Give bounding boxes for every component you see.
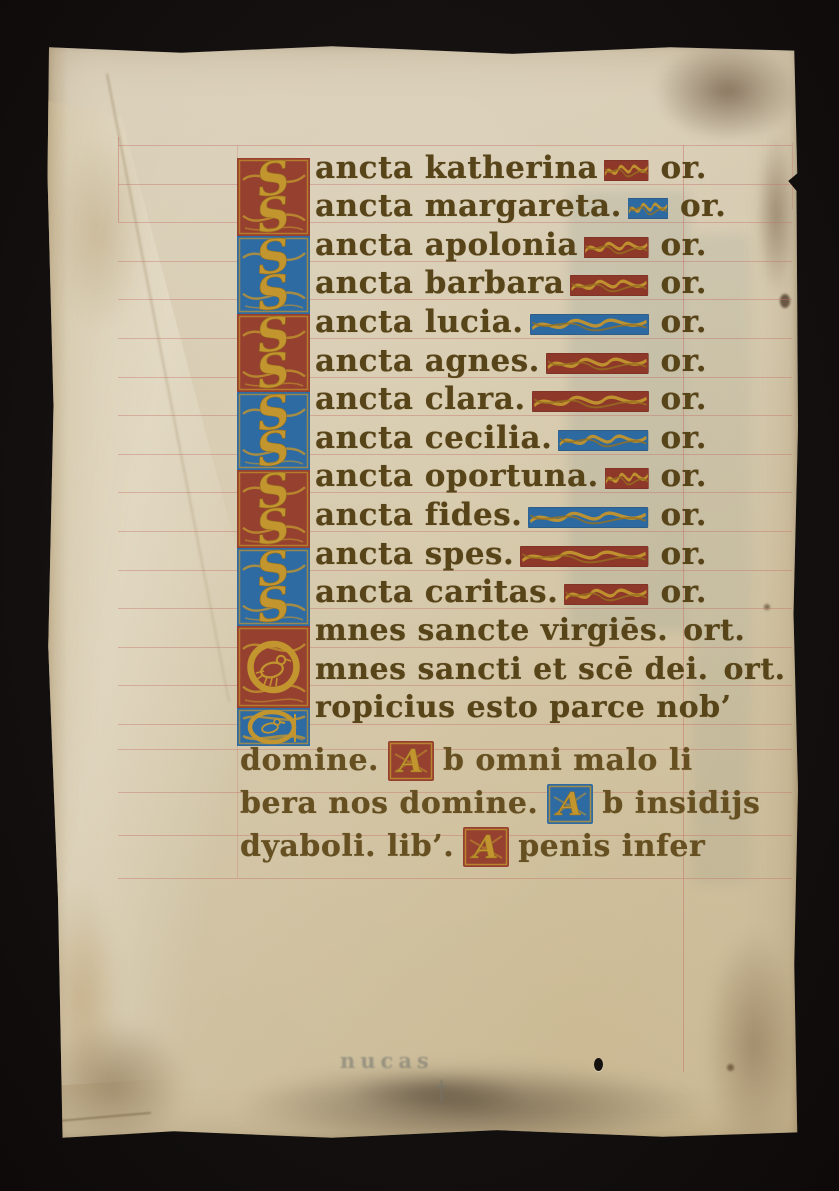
response-abbreviation: or.: [661, 307, 707, 338]
litany-line: mnes sancte virgiēs. ort.: [315, 613, 790, 649]
response-abbreviation: or.: [661, 577, 707, 608]
response-abbreviation: ort.: [672, 616, 745, 646]
response-abbreviation: or.: [661, 423, 707, 454]
line-filler-red: [605, 468, 649, 489]
line-filler-red: [532, 391, 649, 412]
litany-text: ancta lucia.: [315, 307, 524, 338]
illuminated-initial-SS-blue: SS: [237, 392, 310, 470]
crease-bottom-left: [56, 1112, 151, 1122]
inscription-cross-mark: †: [435, 1076, 448, 1106]
speck-right-lower: [727, 1064, 734, 1071]
response-abbreviation: or.: [661, 461, 707, 492]
line-filler-red: [564, 584, 648, 605]
response-abbreviation: or.: [661, 230, 707, 261]
illuminated-initial-SS-red: SS: [237, 314, 310, 392]
litany-line: ancta margareta. or.: [315, 189, 707, 225]
ruling-line-horizontal: [118, 145, 792, 146]
line-filler-red: [520, 546, 648, 567]
stain-top-left: [54, 134, 144, 334]
litany-line: ropicius esto parce nob’: [315, 690, 790, 726]
svg-text:A: A: [396, 742, 424, 780]
line-filler-blue: [530, 314, 649, 335]
petition-text: dyaboli. lib’.: [240, 832, 454, 862]
litany-line: ancta fides. or.: [315, 497, 707, 533]
petition-text: b omni malo li: [443, 746, 693, 776]
litany-text: ancta katherina: [315, 153, 598, 184]
illuminated-initial-SS-blue: SS: [237, 548, 310, 626]
speck-right: [780, 294, 790, 308]
line-filler-blue: [528, 507, 648, 528]
litany-line: ancta oportuna. or.: [315, 459, 707, 495]
litany-line: ancta apolonia or.: [315, 227, 707, 263]
stain-top-right: [648, 36, 808, 146]
svg-text:A: A: [471, 828, 499, 866]
smudge-bottom-edge: [236, 1063, 706, 1148]
petition-text: bera nos domine.: [240, 789, 538, 819]
litany-line: ancta lucia. or.: [315, 304, 707, 340]
litany-text: ancta oportuna.: [315, 461, 599, 492]
litany-line: ancta spes. or.: [315, 536, 707, 572]
line-filler-red: [570, 275, 648, 296]
litany-line: ancta caritas. or.: [315, 575, 707, 611]
litany-text: mnes sancte virgiēs.: [315, 616, 668, 646]
response-abbreviation: or.: [661, 153, 707, 184]
stain-right-upper: [756, 134, 796, 294]
svg-text:A: A: [555, 785, 583, 823]
litany-text: ancta agnes.: [315, 346, 540, 377]
ruling-line-horizontal: [118, 878, 792, 879]
illuminated-initial-band: SS SS SS SS SS SS: [237, 158, 310, 746]
litany-text: ancta barbara: [315, 268, 564, 299]
stain-left-middle: [42, 884, 122, 1114]
petition-text: penis infer: [518, 832, 705, 862]
litany-text: mnes sancti et scē dei.: [315, 655, 709, 685]
manuscript-page: SS SS SS SS SS SS ancta katherina or.anc…: [46, 44, 798, 1140]
parchment-hole: [594, 1058, 603, 1071]
litany-text: ancta cecilia.: [315, 423, 552, 454]
litany-line: ancta clara. or.: [315, 382, 707, 418]
line-filler-red: [546, 353, 649, 374]
response-abbreviation: or.: [661, 539, 707, 570]
petition-line: domine. A b omni malo li: [240, 740, 800, 782]
litany-line: mnes sancti et scē dei. ort.: [315, 652, 790, 688]
response-abbreviation: or.: [661, 500, 707, 531]
line-filler-blue: [628, 198, 668, 219]
response-abbreviation: or.: [661, 268, 707, 299]
litany-line: ancta agnes. or.: [315, 343, 707, 379]
response-abbreviation: or.: [680, 191, 726, 222]
petition-text: domine.: [240, 746, 379, 776]
ruling-line-vertical: [792, 143, 793, 209]
litany-text: ancta caritas.: [315, 577, 558, 608]
left-edge-shading: [46, 44, 68, 1140]
illuminated-initial-SS-red: SS: [237, 470, 310, 548]
litany-text: ancta spes.: [315, 539, 514, 570]
litany-line: ancta barbara or.: [315, 266, 707, 302]
line-filler-red: [584, 237, 649, 258]
litany-text: ancta apolonia: [315, 230, 578, 261]
litany-text: ropicius esto parce nob’: [315, 693, 732, 723]
line-filler-red: [604, 160, 648, 181]
illuminated-initial-SS-blue: SS: [237, 236, 310, 314]
photo-stage: SS SS SS SS SS SS ancta katherina or.anc…: [0, 0, 839, 1191]
petition-line: dyaboli. lib’. A penis infer: [240, 826, 800, 868]
litany-line: ancta cecilia. or.: [315, 420, 707, 456]
petition-text: b insidijs: [602, 789, 760, 819]
inline-versal-A-blue: A: [547, 784, 593, 824]
stain-bottom-right: [704, 924, 804, 1164]
response-abbreviation: ort.: [713, 655, 786, 685]
illuminated-initial-O-red: [237, 626, 310, 708]
ruling-line-vertical: [118, 137, 119, 222]
stain-bottom-left: [38, 1020, 188, 1150]
litany-text: ancta clara.: [315, 384, 526, 415]
response-abbreviation: or.: [661, 384, 707, 415]
litany-text: ancta fides.: [315, 500, 522, 531]
pencil-inscription: nucas: [340, 1048, 434, 1073]
litany-text: ancta margareta.: [315, 191, 622, 222]
petition-line: bera nos domine. A b insidijs: [240, 783, 800, 825]
response-abbreviation: or.: [661, 346, 707, 377]
illuminated-initial-SS-red: SS: [237, 158, 310, 236]
inline-versal-A-red: A: [463, 827, 509, 867]
line-filler-blue: [558, 430, 648, 451]
litany-line: ancta katherina or.: [315, 150, 707, 186]
inline-versal-A-red: A: [388, 741, 434, 781]
